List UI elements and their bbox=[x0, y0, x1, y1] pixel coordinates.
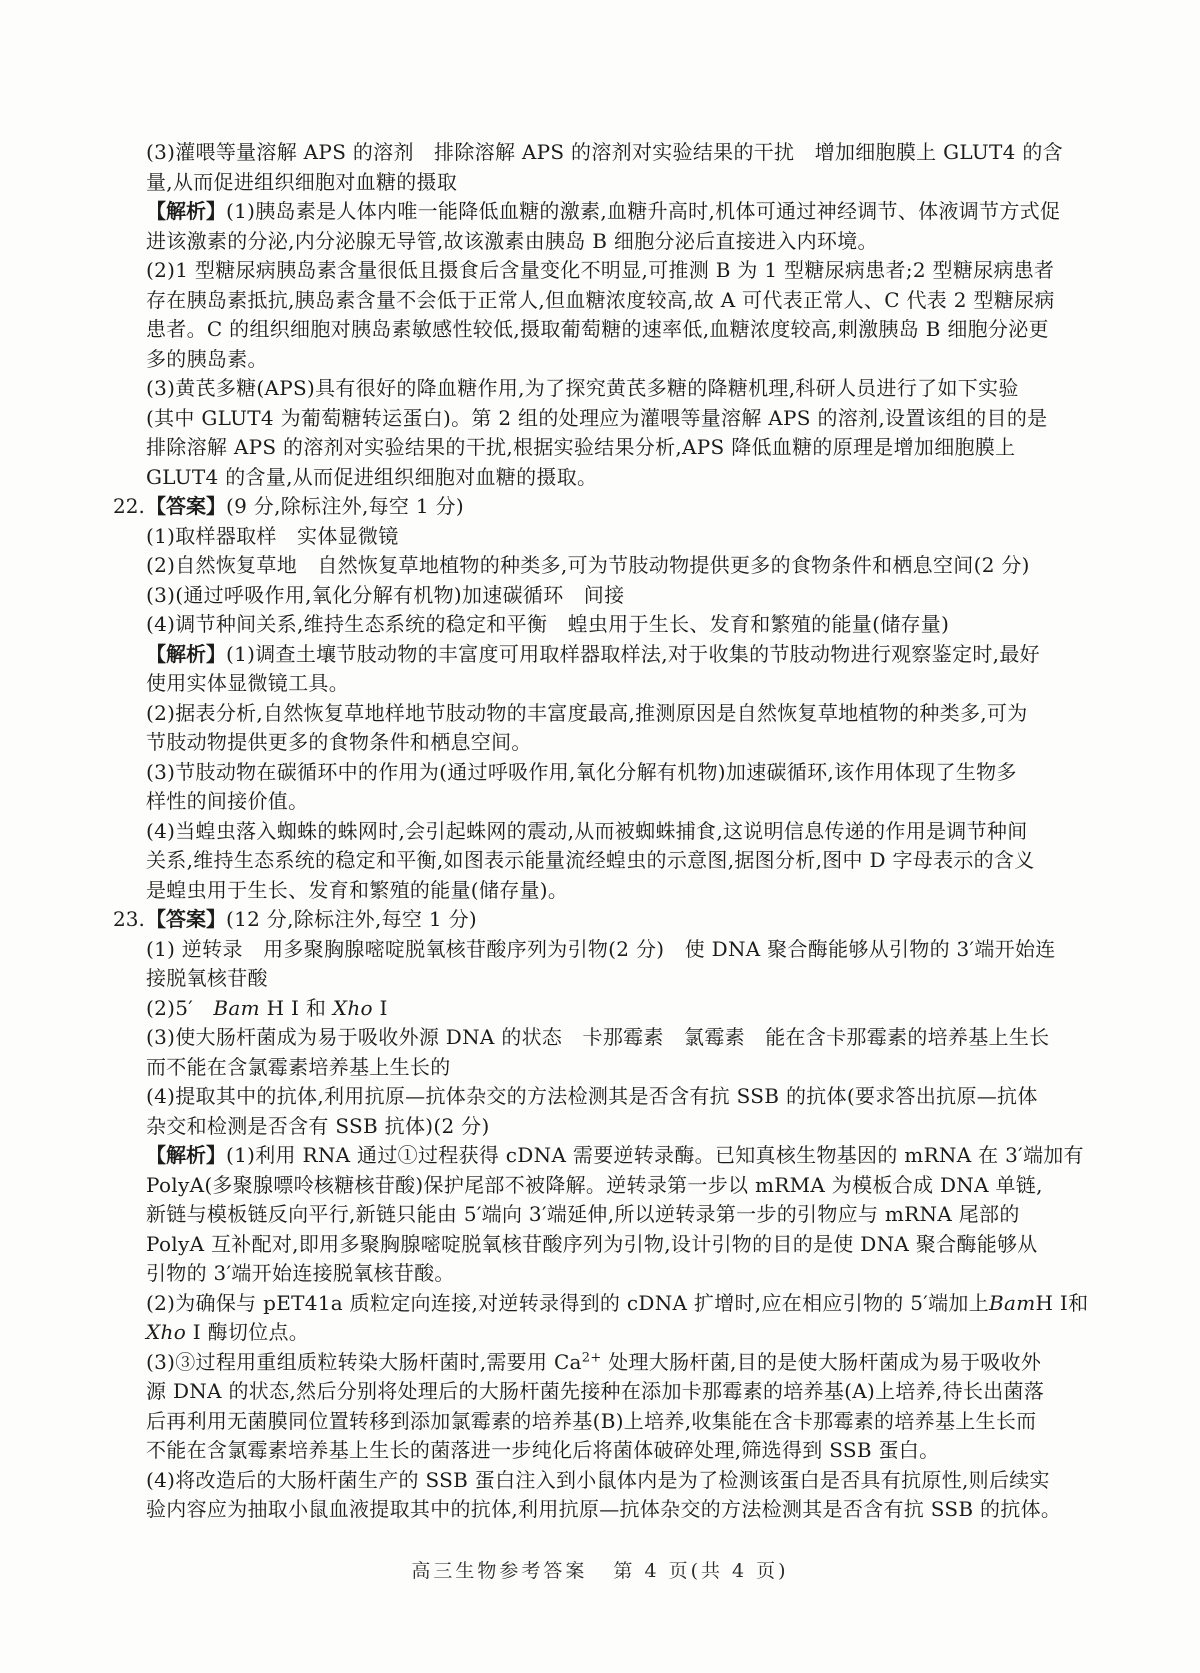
text-line: (4)提取其中的抗体,利用抗原—抗体杂交的方法检测其是否含有抗 SSB 的抗体(… bbox=[146, 1082, 1106, 1112]
text-line: 后再利用无菌膜同位置转移到添加氯霉素的培养基(B)上培养,收集能在含卡那霉素的培… bbox=[146, 1407, 1106, 1437]
text-segment: Xho bbox=[333, 996, 373, 1020]
text-segment: (3)使大肠杆菌成为易于吸收外源 DNA 的状态 卡那霉素 氯霉素 能在含卡那霉… bbox=[146, 1025, 1049, 1049]
text-line: 样性的间接价值。 bbox=[146, 787, 1106, 817]
text-line: 关系,维持生态系统的稳定和平衡,如图表示能量流经蝗虫的示意图,据图分析,图中 D… bbox=[146, 846, 1106, 876]
page-footer: 高三生物参考答案第 4 页(共 4 页) bbox=[0, 1556, 1200, 1583]
text-line: (4)当蝗虫落入蜘蛛的蛛网时,会引起蛛网的震动,从而被蜘蛛捕食,这说明信息传递的… bbox=[146, 817, 1106, 847]
text-segment: 患者。C 的组织细胞对胰岛素敏感性较低,摄取葡萄糖的速率低,血糖浓度较高,刺激胰… bbox=[146, 317, 1049, 341]
text-segment: 杂交和检测是否含有 SSB 抗体)(2 分) bbox=[146, 1114, 490, 1138]
text-segment: (9 分,除标注外,每空 1 分) bbox=[226, 494, 464, 518]
text-line: 验内容应为抽取小鼠血液提取其中的抗体,利用抗原—抗体杂交的方法检测其是否含有抗 … bbox=[146, 1495, 1106, 1525]
answer-block-start-line: 22.【答案】(9 分,除标注外,每空 1 分) bbox=[146, 492, 1106, 522]
text-segment: (1)调查土壤节肢动物的丰富度可用取样器取样法,对于收集的节肢动物进行观察鉴定时… bbox=[226, 642, 1040, 666]
text-segment: (2)据表分析,自然恢复草地样地节肢动物的丰富度最高,推测原因是自然恢复草地植物… bbox=[146, 701, 1028, 725]
text-line: (2)自然恢复草地 自然恢复草地植物的种类多,可为节肢动物提供更多的食物条件和栖… bbox=[146, 551, 1106, 581]
text-segment: (1)胰岛素是人体内唯一能降低血糖的激素,血糖升高时,机体可通过神经调节、体液调… bbox=[226, 199, 1060, 223]
answer-sheet-page: (3)灌喂等量溶解 APS 的溶剂 排除溶解 APS 的溶剂对实验结果的干扰 增… bbox=[0, 0, 1200, 1673]
text-line: 使用实体显微镜工具。 bbox=[146, 669, 1106, 699]
text-line: (3)节肢动物在碳循环中的作用为(通过呼吸作用,氧化分解有机物)加速碳循环,该作… bbox=[146, 758, 1106, 788]
question-number: 22. bbox=[113, 492, 146, 522]
text-segment: Bam bbox=[989, 1291, 1036, 1315]
section-label: 【解析】 bbox=[146, 201, 226, 223]
text-line: 多的胰岛素。 bbox=[146, 345, 1106, 375]
text-line: 而不能在含氯霉素培养基上生长的 bbox=[146, 1053, 1106, 1083]
text-line: (4)将改造后的大肠杆菌生产的 SSB 蛋白注入到小鼠体内是为了检测该蛋白是否具… bbox=[146, 1466, 1106, 1496]
text-segment: Xho bbox=[146, 1320, 186, 1344]
text-segment: 多的胰岛素。 bbox=[146, 347, 268, 371]
text-segment: 后再利用无菌膜同位置转移到添加氯霉素的培养基(B)上培养,收集能在含卡那霉素的培… bbox=[146, 1409, 1036, 1433]
text-segment: (4)提取其中的抗体,利用抗原—抗体杂交的方法检测其是否含有抗 SSB 的抗体(… bbox=[146, 1084, 1038, 1108]
text-segment: 节肢动物提供更多的食物条件和栖息空间。 bbox=[146, 730, 532, 754]
text-line: (1)取样器取样 实体显微镜 bbox=[146, 522, 1106, 552]
text-segment: 不能在含氯霉素培养基上生长的菌落进一步纯化后将菌体破碎处理,筛选得到 SSB 蛋… bbox=[146, 1438, 939, 1462]
text-line: (其中 GLUT4 为葡萄糖转运蛋白)。第 2 组的处理应为灌喂等量溶解 APS… bbox=[146, 404, 1106, 434]
text-segment: H Ⅰ 和 bbox=[260, 996, 333, 1020]
text-segment: 引物的 3′端开始连接脱氧核苷酸。 bbox=[146, 1261, 455, 1285]
text-segment: 验内容应为抽取小鼠血液提取其中的抗体,利用抗原—抗体杂交的方法检测其是否含有抗 … bbox=[146, 1497, 1061, 1521]
text-line: 引物的 3′端开始连接脱氧核苷酸。 bbox=[146, 1259, 1106, 1289]
section-label: 【解析】 bbox=[146, 1145, 226, 1167]
text-segment: 存在胰岛素抵抗,胰岛素含量不会低于正常人,但血糖浓度较高,故 A 可代表正常人、… bbox=[146, 288, 1055, 312]
text-segment: (3)灌喂等量溶解 APS 的溶剂 排除溶解 APS 的溶剂对实验结果的干扰 增… bbox=[146, 140, 1063, 164]
text-line: (3)黄芪多糖(APS)具有很好的降血糖作用,为了探究黄芪多糖的降糖机理,科研人… bbox=[146, 374, 1106, 404]
text-line: (2)据表分析,自然恢复草地样地节肢动物的丰富度最高,推测原因是自然恢复草地植物… bbox=[146, 699, 1106, 729]
text-segment: 而不能在含氯霉素培养基上生长的 bbox=[146, 1055, 451, 1079]
text-segment: (1) 逆转录 用多聚胸腺嘧啶脱氧核苷酸序列为引物(2 分) 使 DNA 聚合酶… bbox=[146, 937, 1056, 961]
text-segment: 源 DNA 的状态,然后分别将处理后的大肠杆菌先接种在添加卡那霉素的培养基(A)… bbox=[146, 1379, 1044, 1403]
text-segment: Bam bbox=[213, 996, 260, 1020]
text-segment: 新链与模板链反向平行,新链只能由 5′端向 3′端延伸,所以逆转录第一步的引物应… bbox=[146, 1202, 1020, 1226]
text-segment: (4)当蝗虫落入蜘蛛的蛛网时,会引起蛛网的震动,从而被蜘蛛捕食,这说明信息传递的… bbox=[146, 819, 1028, 843]
text-line: 【解析】(1)利用 RNA 通过①过程获得 cDNA 需要逆转录酶。已知真核生物… bbox=[146, 1141, 1106, 1171]
section-label: 【解析】 bbox=[146, 644, 226, 666]
text-segment: (1)利用 RNA 通过①过程获得 cDNA 需要逆转录酶。已知真核生物基因的 … bbox=[226, 1143, 1084, 1167]
text-segment: (其中 GLUT4 为葡萄糖转运蛋白)。第 2 组的处理应为灌喂等量溶解 APS… bbox=[146, 406, 1047, 430]
section-label: 【答案】 bbox=[146, 496, 226, 518]
text-line: (2)5′ Bam H Ⅰ 和 Xho Ⅰ bbox=[146, 994, 1106, 1024]
section-label: 【答案】 bbox=[146, 909, 226, 931]
text-segment: 进该激素的分泌,内分泌腺无导管,故该激素由胰岛 B 细胞分泌后直接进入内环境。 bbox=[146, 229, 878, 253]
text-segment: (3)③过程用重组质粒转染大肠杆菌时,需要用 Ca bbox=[146, 1350, 582, 1374]
text-line: 进该激素的分泌,内分泌腺无导管,故该激素由胰岛 B 细胞分泌后直接进入内环境。 bbox=[146, 227, 1106, 257]
answer-block-start-line: 23.【答案】(12 分,除标注外,每空 1 分) bbox=[146, 905, 1106, 935]
text-segment: (4)将改造后的大肠杆菌生产的 SSB 蛋白注入到小鼠体内是为了检测该蛋白是否具… bbox=[146, 1468, 1050, 1492]
text-segment: (3)黄芪多糖(APS)具有很好的降血糖作用,为了探究黄芪多糖的降糖机理,科研人… bbox=[146, 376, 1019, 400]
text-line: 节肢动物提供更多的食物条件和栖息空间。 bbox=[146, 728, 1106, 758]
text-line: (3)(通过呼吸作用,氧化分解有机物)加速碳循环 间接 bbox=[146, 581, 1106, 611]
text-line: 存在胰岛素抵抗,胰岛素含量不会低于正常人,但血糖浓度较高,故 A 可代表正常人、… bbox=[146, 286, 1106, 316]
text-segment: (2)自然恢复草地 自然恢复草地植物的种类多,可为节肢动物提供更多的食物条件和栖… bbox=[146, 553, 1030, 577]
text-segment: (2)1 型糖尿病胰岛素含量很低且摄食后含量变化不明显,可推测 B 为 1 型糖… bbox=[146, 258, 1054, 282]
text-segment: Ⅰ bbox=[373, 996, 388, 1020]
text-line: (3)③过程用重组质粒转染大肠杆菌时,需要用 Ca2+ 处理大肠杆菌,目的是使大… bbox=[146, 1348, 1106, 1378]
text-line: GLUT4 的含量,从而促进组织细胞对血糖的摄取。 bbox=[146, 463, 1106, 493]
text-line: 接脱氧核苷酸 bbox=[146, 964, 1106, 994]
text-line: 患者。C 的组织细胞对胰岛素敏感性较低,摄取葡萄糖的速率低,血糖浓度较高,刺激胰… bbox=[146, 315, 1106, 345]
text-line: 量,从而促进组织细胞对血糖的摄取 bbox=[146, 168, 1106, 198]
text-line: PolyA 互补配对,即用多聚胸腺嘧啶脱氧核苷酸序列为引物,设计引物的目的是使 … bbox=[146, 1230, 1106, 1260]
text-line: 【解析】(1)调查土壤节肢动物的丰富度可用取样器取样法,对于收集的节肢动物进行观… bbox=[146, 640, 1106, 670]
text-line: (3)灌喂等量溶解 APS 的溶剂 排除溶解 APS 的溶剂对实验结果的干扰 增… bbox=[146, 138, 1106, 168]
text-line: (3)使大肠杆菌成为易于吸收外源 DNA 的状态 卡那霉素 氯霉素 能在含卡那霉… bbox=[146, 1023, 1106, 1053]
text-line: 【解析】(1)胰岛素是人体内唯一能降低血糖的激素,血糖升高时,机体可通过神经调节… bbox=[146, 197, 1106, 227]
text-line: 排除溶解 APS 的溶剂对实验结果的干扰,根据实验结果分析,APS 降低血糖的原… bbox=[146, 433, 1106, 463]
text-line: 源 DNA 的状态,然后分别将处理后的大肠杆菌先接种在添加卡那霉素的培养基(A)… bbox=[146, 1377, 1106, 1407]
text-segment: (3)(通过呼吸作用,氧化分解有机物)加速碳循环 间接 bbox=[146, 583, 624, 607]
text-segment: (4)调节种间关系,维持生态系统的稳定和平衡 蝗虫用于生长、发育和繁殖的能量(储… bbox=[146, 612, 949, 636]
text-line: Xho Ⅰ 酶切位点。 bbox=[146, 1318, 1106, 1348]
text-line: (1) 逆转录 用多聚胸腺嘧啶脱氧核苷酸序列为引物(2 分) 使 DNA 聚合酶… bbox=[146, 935, 1106, 965]
footer-page-info: 第 4 页(共 4 页) bbox=[613, 1560, 788, 1582]
text-segment: 关系,维持生态系统的稳定和平衡,如图表示能量流经蝗虫的示意图,据图分析,图中 D… bbox=[146, 848, 1035, 872]
text-line: (2)1 型糖尿病胰岛素含量很低且摄食后含量变化不明显,可推测 B 为 1 型糖… bbox=[146, 256, 1106, 286]
text-segment: 是蝗虫用于生长、发育和繁殖的能量(储存量)。 bbox=[146, 878, 568, 902]
footer-title: 高三生物参考答案 bbox=[411, 1560, 587, 1582]
text-segment: 排除溶解 APS 的溶剂对实验结果的干扰,根据实验结果分析,APS 降低血糖的原… bbox=[146, 435, 1015, 459]
text-line: 不能在含氯霉素培养基上生长的菌落进一步纯化后将菌体破碎处理,筛选得到 SSB 蛋… bbox=[146, 1436, 1106, 1466]
text-segment: (1)取样器取样 实体显微镜 bbox=[146, 524, 399, 548]
text-line: 是蝗虫用于生长、发育和繁殖的能量(储存量)。 bbox=[146, 876, 1106, 906]
question-number: 23. bbox=[113, 905, 146, 935]
text-line: 杂交和检测是否含有 SSB 抗体)(2 分) bbox=[146, 1112, 1106, 1142]
text-line: (4)调节种间关系,维持生态系统的稳定和平衡 蝗虫用于生长、发育和繁殖的能量(储… bbox=[146, 610, 1106, 640]
text-segment: PolyA(多聚腺嘌呤核糖核苷酸)保护尾部不被降解。逆转录第一步以 mRMA 为… bbox=[146, 1173, 1043, 1197]
text-segment: H Ⅰ和 bbox=[1036, 1291, 1089, 1315]
text-segment: Ⅰ 酶切位点。 bbox=[186, 1320, 309, 1344]
text-line: 新链与模板链反向平行,新链只能由 5′端向 3′端延伸,所以逆转录第一步的引物应… bbox=[146, 1200, 1106, 1230]
text-segment: (3)节肢动物在碳循环中的作用为(通过呼吸作用,氧化分解有机物)加速碳循环,该作… bbox=[146, 760, 1017, 784]
text-segment: (2)为确保与 pET41a 质粒定向连接,对逆转录得到的 cDNA 扩增时,应… bbox=[146, 1291, 989, 1315]
document-body: (3)灌喂等量溶解 APS 的溶剂 排除溶解 APS 的溶剂对实验结果的干扰 增… bbox=[146, 138, 1106, 1525]
text-segment: 样性的间接价值。 bbox=[146, 789, 308, 813]
text-segment: 处理大肠杆菌,目的是使大肠杆菌成为易于吸收外 bbox=[602, 1350, 1042, 1374]
text-segment: 2+ bbox=[582, 1350, 602, 1365]
text-segment: (12 分,除标注外,每空 1 分) bbox=[226, 907, 477, 931]
text-segment: GLUT4 的含量,从而促进组织细胞对血糖的摄取。 bbox=[146, 465, 597, 489]
text-segment: PolyA 互补配对,即用多聚胸腺嘧啶脱氧核苷酸序列为引物,设计引物的目的是使 … bbox=[146, 1232, 1038, 1256]
text-segment: 使用实体显微镜工具。 bbox=[146, 671, 349, 695]
text-line: PolyA(多聚腺嘌呤核糖核苷酸)保护尾部不被降解。逆转录第一步以 mRMA 为… bbox=[146, 1171, 1106, 1201]
text-segment: 量,从而促进组织细胞对血糖的摄取 bbox=[146, 170, 457, 194]
text-segment: 接脱氧核苷酸 bbox=[146, 966, 268, 990]
text-line: (2)为确保与 pET41a 质粒定向连接,对逆转录得到的 cDNA 扩增时,应… bbox=[146, 1289, 1106, 1319]
text-segment: (2)5′ bbox=[146, 996, 213, 1020]
